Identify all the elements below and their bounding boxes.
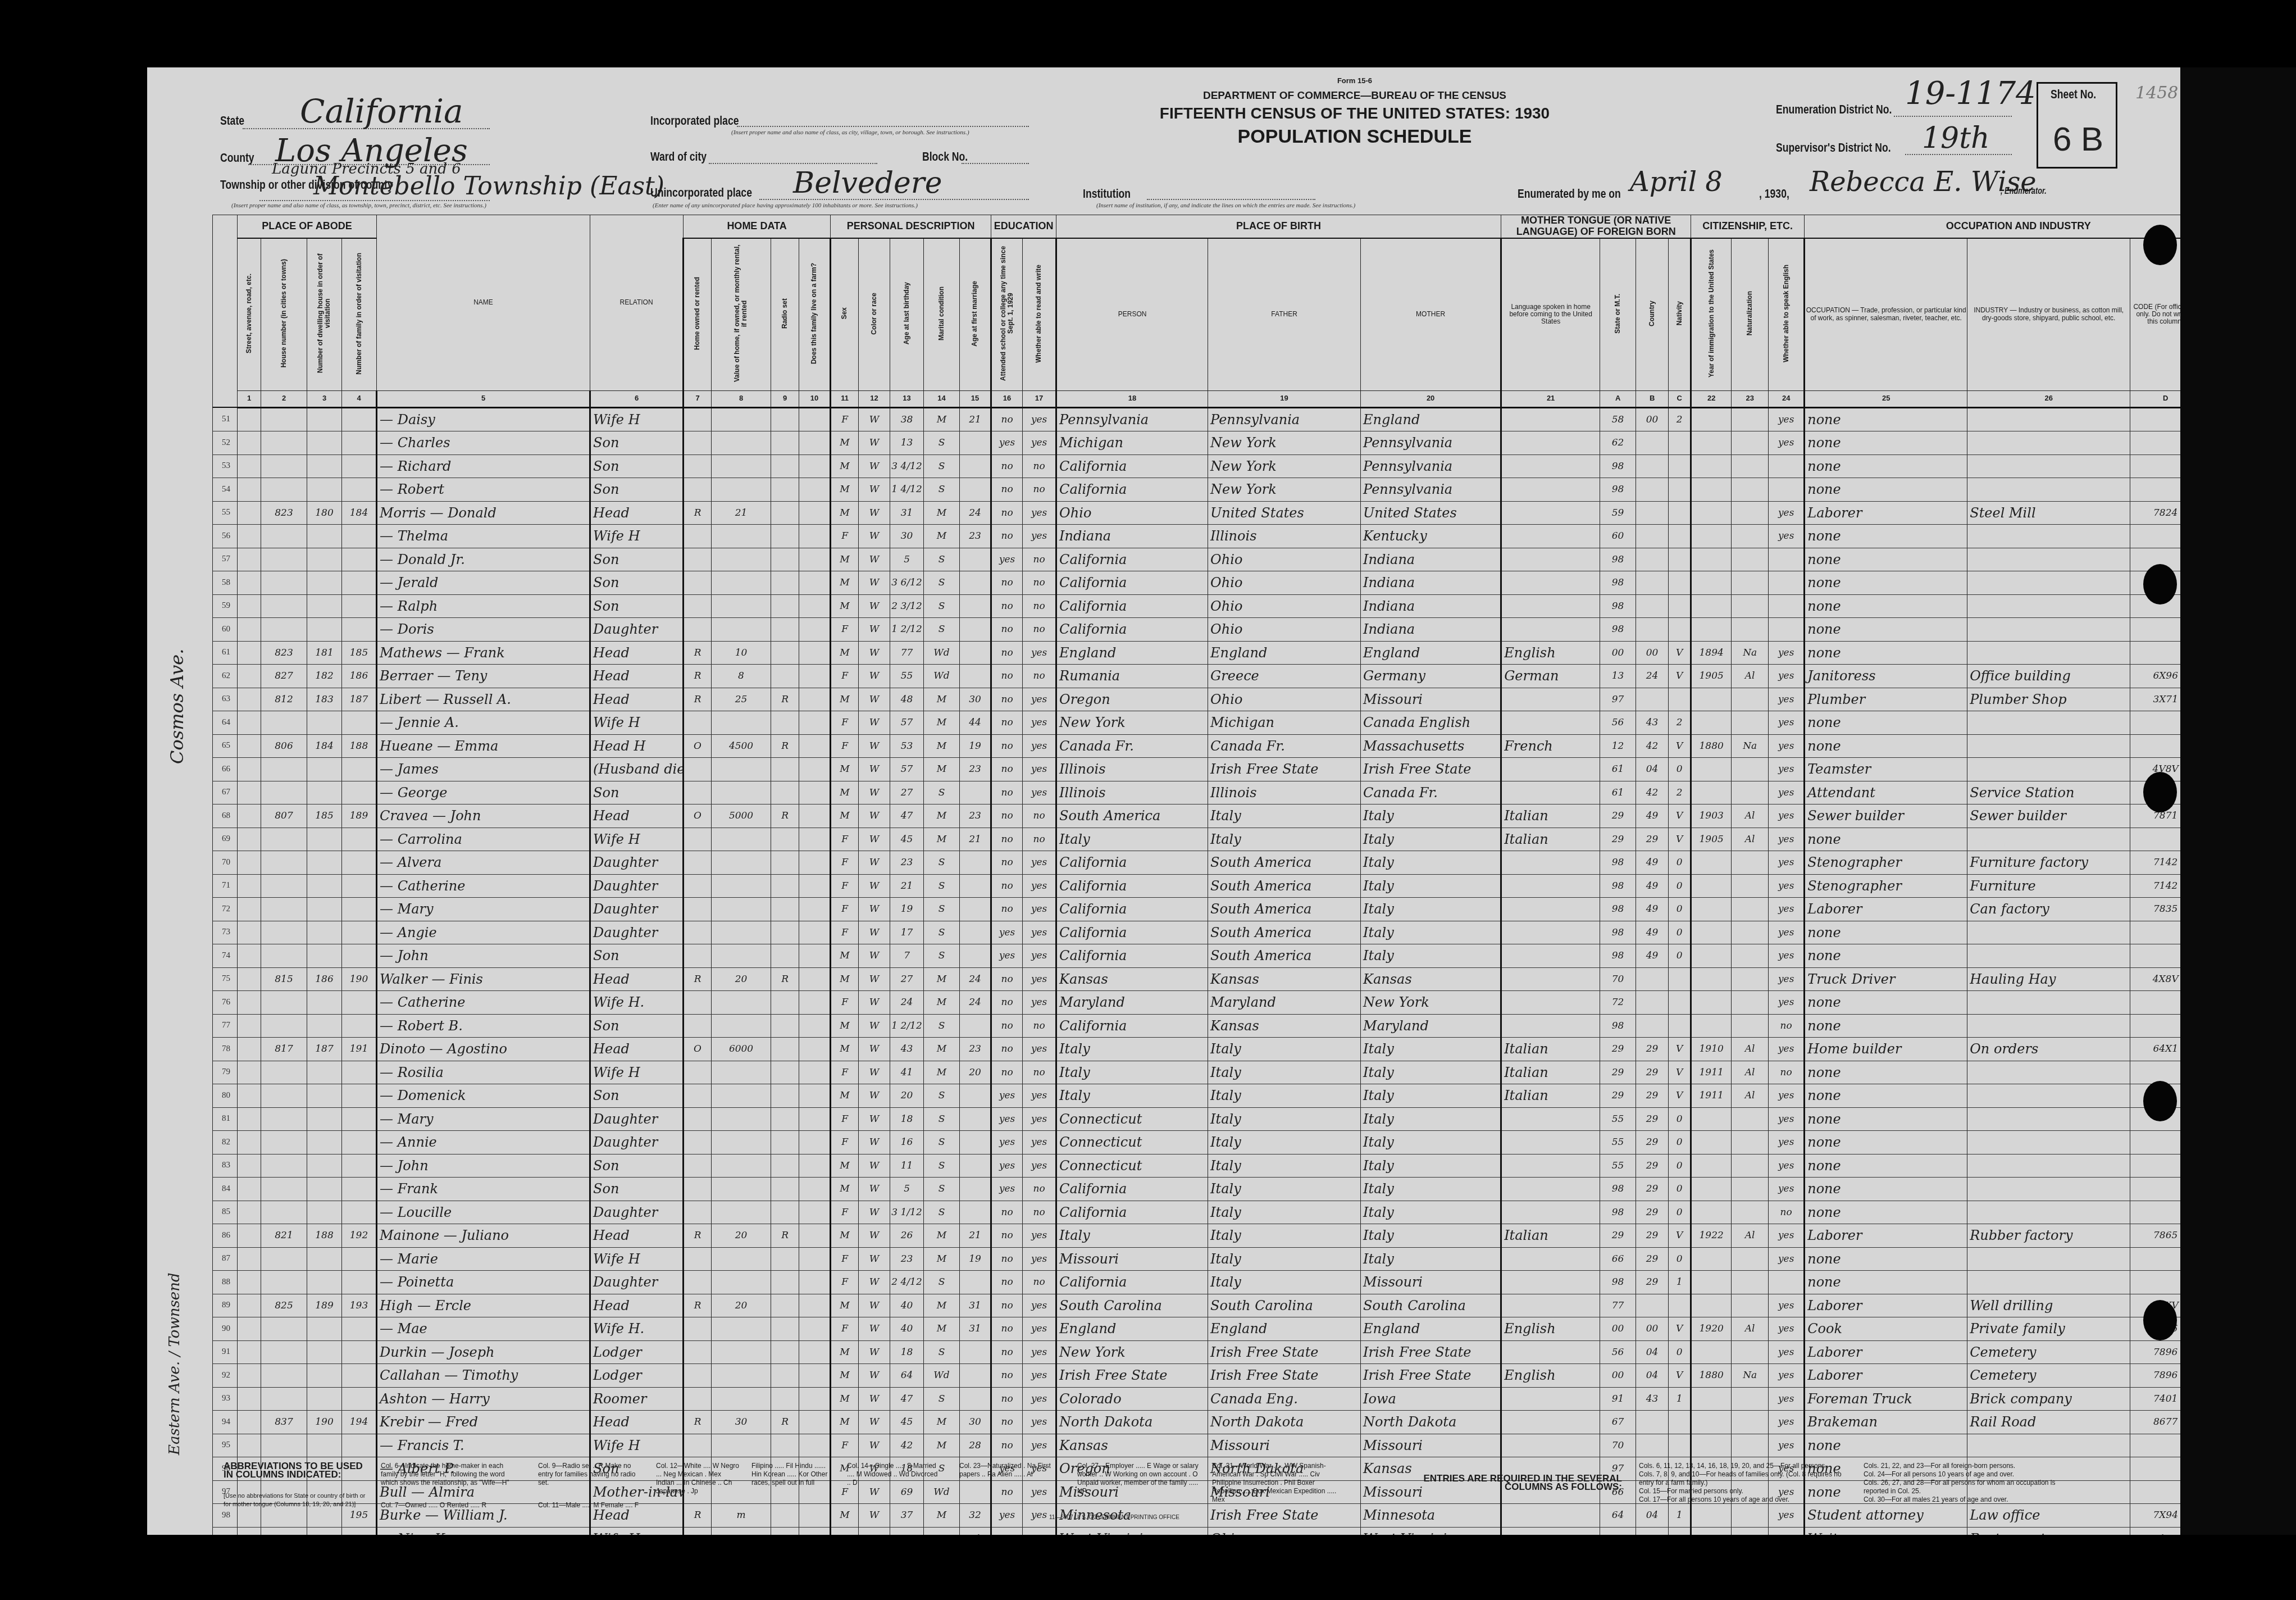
- cell-code-a: 29: [1600, 1084, 1636, 1108]
- cell-occupation: Laborer: [1805, 1224, 1967, 1248]
- cell-street: [238, 454, 261, 478]
- cell-natur: [1732, 781, 1769, 804]
- cell-name: — Angie: [377, 921, 590, 944]
- cell-age-marr: [960, 478, 991, 502]
- cell-bp-person: Maryland: [1056, 991, 1208, 1015]
- line-number: 77: [213, 1014, 238, 1038]
- table-row: 53— RichardSonMW3 4/12SnonoCaliforniaNew…: [213, 454, 2296, 478]
- cell-relation: Wife H: [590, 828, 684, 851]
- cell-street: [238, 548, 261, 571]
- cell-bp-father: Italy: [1208, 1061, 1361, 1084]
- cell-occupation: none: [1805, 921, 1967, 944]
- cell-code-c: 1: [1669, 1387, 1691, 1411]
- cell-name: — Charles: [377, 431, 590, 455]
- cell-bp-mother: England: [1361, 407, 1501, 431]
- cell-age: 3 4/12: [890, 454, 924, 478]
- cell-occupation: none: [1805, 1178, 1967, 1201]
- cell-race: W: [859, 1271, 890, 1294]
- line-number: 75: [213, 967, 238, 991]
- cell-marital: S: [924, 1107, 960, 1131]
- cell-code-c: [1669, 688, 1691, 711]
- cell-owned: [684, 1317, 712, 1341]
- cell-street: [238, 688, 261, 711]
- line-number-header: [213, 215, 238, 408]
- cell-age: 77: [890, 641, 924, 665]
- cell-industry: Sewer builder: [1967, 804, 2130, 828]
- entries-4: Col. 17—For all persons 10 years of age …: [1639, 1496, 1852, 1504]
- cell-age: 24: [890, 991, 924, 1015]
- cell-code-b: 29: [1636, 1178, 1669, 1201]
- cell-value: [712, 1271, 771, 1294]
- table-row: 60— DorisDaughterFW1 2/12SnonoCalifornia…: [213, 618, 2296, 642]
- cell-name: Libert — Russell A.: [377, 688, 590, 711]
- unincorporated-line: [759, 199, 1029, 200]
- census-sheet: State California County Los Angeles Town…: [147, 67, 2180, 1535]
- cell-industry: [1967, 1271, 2130, 1294]
- cell-marital: S: [924, 1178, 960, 1201]
- cell-immig: [1691, 1387, 1732, 1411]
- cell-age: 23: [890, 851, 924, 875]
- cell-bp-person: Indiana: [1056, 525, 1208, 548]
- table-row: 76— CatherineWife H.FW24M24noyesMaryland…: [213, 991, 2296, 1015]
- cell-code-a: 98: [1600, 454, 1636, 478]
- column-header-marital: Marital condition: [924, 238, 960, 391]
- cell-age-marr: 24: [960, 967, 991, 991]
- cell-read: no: [1023, 594, 1056, 618]
- institution-line: [1147, 199, 1315, 200]
- cell-name: Durkin — Joseph: [377, 1340, 590, 1364]
- line-number: 63: [213, 688, 238, 711]
- township-line: [259, 200, 490, 201]
- cell-bp-father: Canada Eng.: [1208, 1387, 1361, 1411]
- cell-natur: [1732, 1154, 1769, 1178]
- cell-code-a: 70: [1600, 967, 1636, 991]
- table-row: 71— CatherineDaughterFW21SnoyesCaliforni…: [213, 874, 2296, 898]
- cell-radio: [771, 921, 799, 944]
- cell-occupation: none: [1805, 594, 1967, 618]
- cell-house: [261, 828, 307, 851]
- cell-family: [342, 781, 377, 804]
- cell-occupation: Laborer: [1805, 1340, 1967, 1364]
- cell-radio: [771, 431, 799, 455]
- cell-house: [261, 407, 307, 431]
- cell-radio: [771, 501, 799, 525]
- cell-street: [238, 1131, 261, 1154]
- cell-english: yes: [1769, 758, 1805, 781]
- cell-dwelling: 189: [307, 1294, 342, 1317]
- column-number-code_c: C: [1669, 390, 1691, 407]
- cell-marital: S: [924, 1014, 960, 1038]
- cell-radio: [771, 1294, 799, 1317]
- cell-farm: [799, 758, 831, 781]
- cell-owned: [684, 525, 712, 548]
- column-header-industry: INDUSTRY — Industry or business, as cott…: [1967, 238, 2130, 391]
- cell-marital: M: [924, 1411, 960, 1434]
- cell-age: 17: [890, 921, 924, 944]
- cell-radio: [771, 898, 799, 921]
- cell-immig: [1691, 501, 1732, 525]
- cell-bp-person: Connecticut: [1056, 1131, 1208, 1154]
- cell-natur: [1732, 1340, 1769, 1364]
- cell-natur: [1732, 1107, 1769, 1131]
- cell-bp-person: Pennsylvania: [1056, 407, 1208, 431]
- cell-race: W: [859, 1434, 890, 1457]
- cell-code-b: 43: [1636, 1387, 1669, 1411]
- cell-language: [1501, 898, 1600, 921]
- institution-label: Institution: [1083, 187, 1131, 201]
- column-label-code_a: State or M.T.: [1614, 294, 1621, 334]
- cell-school: yes: [991, 921, 1023, 944]
- cell-occupation: none: [1805, 1084, 1967, 1108]
- table-row: 75815186190Walker — FinisHeadR20RMW27M24…: [213, 967, 2296, 991]
- cell-race: W: [859, 1131, 890, 1154]
- cell-age: 13: [890, 431, 924, 455]
- cell-school: no: [991, 781, 1023, 804]
- table-row: 72— MaryDaughterFW19SnoyesCaliforniaSout…: [213, 898, 2296, 921]
- unincorporated-value: Belvedere: [793, 166, 942, 200]
- cell-owned: [684, 1340, 712, 1364]
- cell-code-b: 29: [1636, 1131, 1669, 1154]
- cell-age: 48: [890, 688, 924, 711]
- cell-immig: [1691, 967, 1732, 991]
- cell-bp-mother: Italy: [1361, 1201, 1501, 1224]
- cell-owned: [684, 1434, 712, 1457]
- table-row: 84— FrankSonMW5SyesnoCaliforniaItalyItal…: [213, 1178, 2296, 1201]
- cell-dwelling: [307, 618, 342, 642]
- cell-value: [712, 944, 771, 968]
- cell-age-marr: 24: [960, 501, 991, 525]
- cell-bp-mother: Italy: [1361, 1131, 1501, 1154]
- cell-age: 42: [890, 1434, 924, 1457]
- cell-age: 1 4/12: [890, 478, 924, 502]
- cell-owned: [684, 874, 712, 898]
- cell-family: [342, 1271, 377, 1294]
- table-row: 73— AngieDaughterFW17SyesyesCaliforniaSo…: [213, 921, 2296, 944]
- column-number-code_a: A: [1600, 390, 1636, 407]
- table-row: 81— MaryDaughterFW18SyesyesConnecticutIt…: [213, 1107, 2296, 1131]
- cell-read: yes: [1023, 1340, 1056, 1364]
- cell-age: 53: [890, 734, 924, 758]
- cell-sex: F: [831, 1061, 859, 1084]
- cell-bp-person: California: [1056, 1178, 1208, 1201]
- cell-code-a: 00: [1600, 1317, 1636, 1341]
- cell-race: W: [859, 1201, 890, 1224]
- cell-name: — Marie: [377, 1247, 590, 1271]
- cell-natur: [1732, 548, 1769, 571]
- cell-marital: M: [924, 991, 960, 1015]
- cell-code-c: [1669, 525, 1691, 548]
- cell-relation: Lodger: [590, 1364, 684, 1388]
- cell-dwelling: 182: [307, 665, 342, 688]
- cell-sex: M: [831, 1411, 859, 1434]
- abbrev-note: [Use no abbreviations for State or count…: [224, 1492, 370, 1509]
- cell-code-c: 2: [1669, 711, 1691, 735]
- cell-age-marr: 28: [960, 1434, 991, 1457]
- cell-value: [712, 548, 771, 571]
- sd-line: [1905, 154, 2012, 155]
- cell-bp-person: California: [1056, 898, 1208, 921]
- cell-age: 5: [890, 1178, 924, 1201]
- cell-age-marr: 23: [960, 758, 991, 781]
- cell-industry: [1967, 1084, 2130, 1108]
- cell-bp-father: Italy: [1208, 1247, 1361, 1271]
- cell-age-marr: 21: [960, 407, 991, 431]
- cell-street: [238, 711, 261, 735]
- cell-industry: [1967, 548, 2130, 571]
- cell-code-a: 56: [1600, 711, 1636, 735]
- cell-radio: [771, 1154, 799, 1178]
- cell-bp-father: New York: [1208, 431, 1361, 455]
- cell-code-c: V: [1669, 804, 1691, 828]
- cell-language: [1501, 407, 1600, 431]
- cell-bp-mother: Kentucky: [1361, 525, 1501, 548]
- cell-name: — Frank: [377, 1178, 590, 1201]
- cell-value: 21: [712, 501, 771, 525]
- cell-house: [261, 781, 307, 804]
- line-number: 86: [213, 1224, 238, 1248]
- cell-dwelling: [307, 921, 342, 944]
- column-header-natur: Naturalization: [1732, 238, 1769, 391]
- cell-age-marr: 31: [960, 1317, 991, 1341]
- cell-value: [712, 711, 771, 735]
- table-row: 88— PoinettaDaughterFW2 4/12SnonoCalifor…: [213, 1271, 2296, 1294]
- cell-sex: F: [831, 1201, 859, 1224]
- cell-bp-mother: Italy: [1361, 851, 1501, 875]
- column-number-immig: 22: [1691, 390, 1732, 407]
- cell-read: yes: [1023, 1107, 1056, 1131]
- cell-radio: [771, 851, 799, 875]
- cell-age: 64: [890, 1364, 924, 1388]
- cell-house: 806: [261, 734, 307, 758]
- cell-house: [261, 1271, 307, 1294]
- cell-age: 2 4/12: [890, 1271, 924, 1294]
- cell-street: [238, 1014, 261, 1038]
- cell-industry: [1967, 1434, 2130, 1457]
- cell-street: [238, 478, 261, 502]
- cell-bp-father: Italy: [1208, 828, 1361, 851]
- cell-code-a: 98: [1600, 1271, 1636, 1294]
- cell-race: W: [859, 944, 890, 968]
- cell-family: [342, 944, 377, 968]
- cell-family: 191: [342, 1038, 377, 1061]
- column-number-value: 8: [712, 390, 771, 407]
- cell-sex: M: [831, 594, 859, 618]
- table-row: 62827182186Berraer — TenyHeadR8FW55Wdnon…: [213, 665, 2296, 688]
- entries-3: Col. 15—For married persons only.: [1639, 1487, 1852, 1496]
- cell-code-b: 29: [1636, 828, 1669, 851]
- cell-code-c: 0: [1669, 874, 1691, 898]
- cell-name: Dinoto — Agostino: [377, 1038, 590, 1061]
- cell-value: [712, 594, 771, 618]
- cell-house: [261, 1317, 307, 1341]
- cell-relation: Head: [590, 1038, 684, 1061]
- cell-marital: S: [924, 1387, 960, 1411]
- cell-occupation: Laborer: [1805, 501, 1967, 525]
- cell-radio: [771, 1178, 799, 1201]
- cell-dwelling: [307, 1247, 342, 1271]
- cell-age-marr: [960, 1107, 991, 1131]
- cell-dwelling: [307, 571, 342, 595]
- cell-bp-mother: Italy: [1361, 1178, 1501, 1201]
- column-label-street: Street, avenue, road, etc.: [245, 274, 253, 353]
- table-row: 86821188192Mainone — JulianoHeadR20RMW26…: [213, 1224, 2296, 1248]
- line-number: 91: [213, 1340, 238, 1364]
- cell-bp-person: California: [1056, 944, 1208, 968]
- cell-code-c: 0: [1669, 1247, 1691, 1271]
- cell-sex: M: [831, 1387, 859, 1411]
- cell-street: [238, 594, 261, 618]
- column-label-age_marr: Age at first marriage: [971, 281, 978, 347]
- cell-occupation: Teamster: [1805, 758, 1967, 781]
- cell-value: 5000: [712, 804, 771, 828]
- cell-code-a: 12: [1600, 734, 1636, 758]
- cell-language: [1501, 571, 1600, 595]
- cell-industry: Well drilling: [1967, 1294, 2130, 1317]
- cell-radio: [771, 991, 799, 1015]
- cell-marital: Wd: [924, 665, 960, 688]
- cell-street: [238, 1224, 261, 1248]
- cell-bp-person: California: [1056, 1201, 1208, 1224]
- cell-owned: [684, 1107, 712, 1131]
- column-header-street: Street, avenue, road, etc.: [238, 238, 261, 391]
- cell-farm: [799, 1061, 831, 1084]
- cell-farm: [799, 967, 831, 991]
- table-row: 51— DaisyWife HFW38M21noyesPennsylvaniaP…: [213, 407, 2296, 431]
- cell-sex: F: [831, 1434, 859, 1457]
- cell-age: 41: [890, 1061, 924, 1084]
- cell-owned: [684, 1014, 712, 1038]
- cell-value: [712, 898, 771, 921]
- cell-name: Mainone — Juliano: [377, 1224, 590, 1248]
- cell-house: 807: [261, 804, 307, 828]
- cell-name: — Poinetta: [377, 1271, 590, 1294]
- cell-natur: [1732, 478, 1769, 502]
- cell-farm: [799, 828, 831, 851]
- table-row: 91Durkin — JosephLodgerMW18SnoyesNew Yor…: [213, 1340, 2296, 1364]
- cell-read: yes: [1023, 944, 1056, 968]
- cell-name: — James: [377, 758, 590, 781]
- column-number-name: 5: [377, 390, 590, 407]
- cell-code-a: 56: [1600, 1340, 1636, 1364]
- cell-race: W: [859, 641, 890, 665]
- cell-immig: [1691, 898, 1732, 921]
- cell-code-c: V: [1669, 828, 1691, 851]
- cell-house: [261, 1084, 307, 1108]
- cell-bp-person: Illinois: [1056, 781, 1208, 804]
- column-header-code_b: Country: [1636, 238, 1669, 391]
- cell-language: [1501, 688, 1600, 711]
- cell-house: [261, 1061, 307, 1084]
- cell-radio: [771, 758, 799, 781]
- cell-owned: [684, 1178, 712, 1201]
- cell-age: 11: [890, 1154, 924, 1178]
- group-header-personal: PERSONAL DESCRIPTION: [831, 215, 991, 238]
- cell-owned: [684, 898, 712, 921]
- cell-race: W: [859, 454, 890, 478]
- cell-age: 26: [890, 1224, 924, 1248]
- cell-bp-person: Rumania: [1056, 665, 1208, 688]
- cell-farm: [799, 501, 831, 525]
- cell-read: yes: [1023, 874, 1056, 898]
- cell-family: [342, 594, 377, 618]
- binder-hole: [2143, 772, 2177, 812]
- cell-farm: [799, 1107, 831, 1131]
- cell-bp-father: Italy: [1208, 1224, 1361, 1248]
- cell-family: [342, 921, 377, 944]
- cell-farm: [799, 665, 831, 688]
- cell-code-a: 66: [1600, 1247, 1636, 1271]
- cell-farm: [799, 781, 831, 804]
- cell-race: W: [859, 618, 890, 642]
- cell-street: [238, 804, 261, 828]
- cell-name: — Rosilia: [377, 1061, 590, 1084]
- cell-read: yes: [1023, 1084, 1056, 1108]
- cell-code-b: [1636, 594, 1669, 618]
- cell-house: [261, 921, 307, 944]
- cell-occupation: Laborer: [1805, 1364, 1967, 1388]
- cell-school: no: [991, 1294, 1023, 1317]
- cell-street: [238, 1434, 261, 1457]
- column-number-marital: 14: [924, 390, 960, 407]
- cell-school: no: [991, 525, 1023, 548]
- cell-school: no: [991, 1340, 1023, 1364]
- line-number: 58: [213, 571, 238, 595]
- cell-age-marr: [960, 851, 991, 875]
- cell-english: yes: [1769, 828, 1805, 851]
- cell-english: yes: [1769, 711, 1805, 735]
- column-label-age: Age at last birthday: [903, 282, 910, 344]
- group-header-birth: PLACE OF BIRTH: [1056, 215, 1501, 238]
- cell-code-b: [1636, 688, 1669, 711]
- column-header-sex: Sex: [831, 238, 859, 391]
- cell-street: [238, 431, 261, 455]
- enumerated-label: Enumerated by me on: [1518, 187, 1621, 201]
- cell-bp-person: Colorado: [1056, 1387, 1208, 1411]
- table-row: 79— RosiliaWife HFW41M20nonoItalyItalyIt…: [213, 1061, 2296, 1084]
- cell-bp-mother: Irish Free State: [1361, 758, 1501, 781]
- cell-relation: Son: [590, 431, 684, 455]
- cell-owned: R: [684, 1294, 712, 1317]
- cell-bp-person: California: [1056, 618, 1208, 642]
- cell-occupation: none: [1805, 1014, 1967, 1038]
- cell-value: [712, 758, 771, 781]
- cell-bp-mother: Massachusetts: [1361, 734, 1501, 758]
- township-value: Montebello Township (East): [313, 172, 664, 201]
- cell-age-marr: 23: [960, 1038, 991, 1061]
- cell-farm: [799, 921, 831, 944]
- cell-relation: Wife H: [590, 1247, 684, 1271]
- cell-code-a: 98: [1600, 898, 1636, 921]
- cell-owned: [684, 944, 712, 968]
- cell-occupation: none: [1805, 944, 1967, 968]
- cell-street: [238, 407, 261, 431]
- cell-age-marr: 23: [960, 525, 991, 548]
- cell-read: yes: [1023, 641, 1056, 665]
- cell-natur: [1732, 851, 1769, 875]
- cell-bp-mother: Irish Free State: [1361, 1364, 1501, 1388]
- cell-relation: Daughter: [590, 898, 684, 921]
- cell-relation: Head H: [590, 734, 684, 758]
- abbrev-col7: Col. 7—Owned ..... O Rented ..... R: [381, 1501, 521, 1510]
- cell-code-b: 00: [1636, 407, 1669, 431]
- cell-owned: [684, 828, 712, 851]
- cell-name: — Catherine: [377, 991, 590, 1015]
- cell-owned: [684, 1247, 712, 1271]
- cell-code-b: 49: [1636, 921, 1669, 944]
- cell-english: yes: [1769, 1294, 1805, 1317]
- cell-bp-father: Italy: [1208, 1107, 1361, 1131]
- cell-relation: Daughter: [590, 921, 684, 944]
